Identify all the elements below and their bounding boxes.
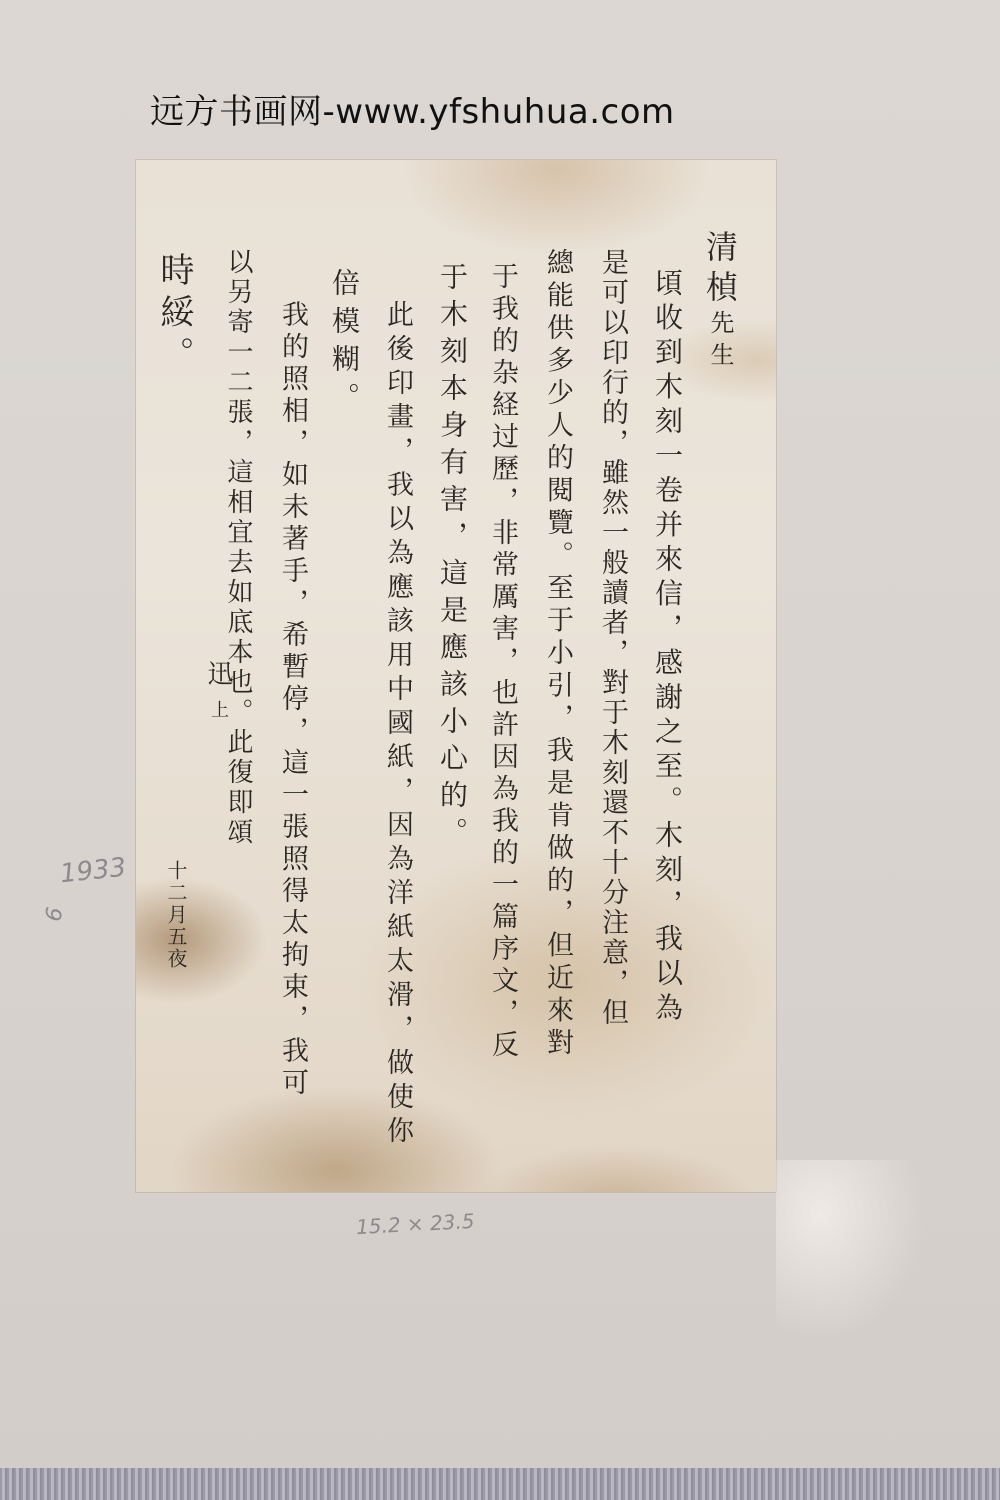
signature-name: 迅: [203, 660, 233, 700]
body-column-5: 于木刻本身有害，這是應該小心的。: [438, 262, 466, 854]
body-column-1: 頃收到木刻一卷并來信，感謝之至。木刻，我以為: [653, 268, 681, 1027]
body-column-8: 我的照相，如未著手，希暫停，這一張照得太拘束，我可: [279, 300, 306, 1100]
salutation-honorific: 先生: [706, 310, 734, 374]
letter-sheet: 清楨先生 頃收到木刻一卷并來信，感謝之至。木刻，我以為 是可以印行的，雖然一般讀…: [136, 160, 776, 1192]
body-column-2: 是可以印行的，雖然一般讀者，對于木刻還不十分注意，但: [599, 248, 626, 1028]
body-column-9: 以另寄一二張，這相宜去如底本也。此復即頌: [225, 248, 251, 848]
closing: 時綏。: [157, 252, 191, 378]
body-column-4: 于我的杂経过歷，非常厲害，也許因為我的一篇序文，反: [489, 262, 516, 1062]
signature-suffix: 上: [208, 700, 229, 732]
salutation-name: 清楨: [701, 230, 739, 310]
body-column-3: 總能供多少人的閱覽。至于小引，我是肯做的，但近來對: [544, 248, 571, 1061]
site-watermark: 远方书画网-www.yfshuhua.com: [150, 84, 675, 133]
light-reflection: [776, 1160, 926, 1340]
body-column-7: 倍模糊。: [330, 268, 358, 420]
body-column-6: 此後印畫，我以為應該用中國紙，因為洋紙太滑，做使你: [384, 300, 411, 1150]
letter-date: 十二月五夜: [166, 860, 186, 970]
salutation: 清楨先生: [704, 230, 736, 374]
foam-background: [0, 1468, 1000, 1500]
signature: 迅上: [205, 660, 231, 732]
